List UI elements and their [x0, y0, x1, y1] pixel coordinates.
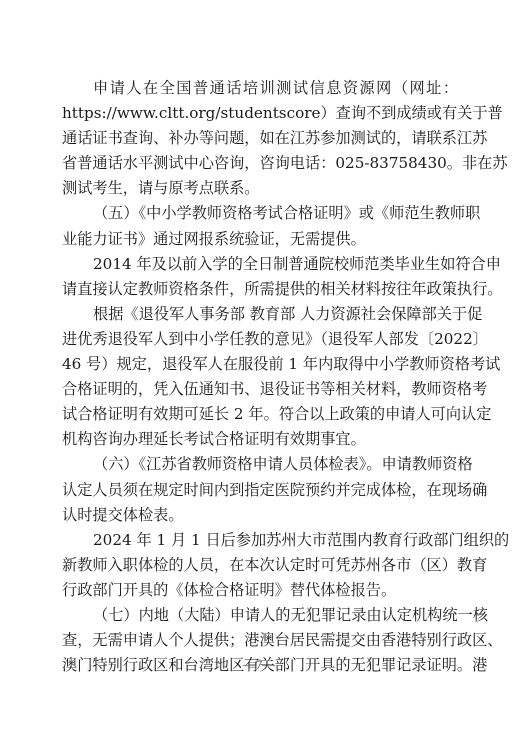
text-line: 2014 年及以前入学的全日制普通院校师范类毕业生如符合申 [62, 252, 458, 277]
paragraph-2014-note: 2014 年及以前入学的全日制普通院校师范类毕业生如符合申 请直接认定教师资格条… [62, 252, 458, 302]
text-line: 2024 年 1 月 1 日后参加苏州大市范围内教育行政部门组织的 [62, 528, 458, 553]
paragraph-item-5: （五）《中小学教师资格考试合格证明》或《师范生教师职 业能力证书》通过网报系统验… [62, 201, 458, 251]
text-line: 46 号）规定，退役军人在服役前 1 年内取得中小学教师资格考试 [62, 352, 458, 377]
paragraph-veterans-note: 根据《退役军人事务部 教育部 人力资源社会保障部关于促 进优秀退役军人到中小学任… [62, 302, 458, 453]
text-line: 合格证明的，凭入伍通知书、退役证书等相关材料，教师资格考 [62, 377, 458, 402]
text-line: 试合格证明有效期可延长 2 年。符合以上政策的申请人可向认定 [62, 402, 458, 427]
text-line-url: https://www.cltt.org/studentscore）查询不到成绩… [62, 101, 458, 126]
document-page: 申请人在全国普通话培训测试信息资源网（网址： https://www.cltt.… [0, 0, 518, 733]
text-line: 请直接认定教师资格条件，所需提供的相关材料按往年政策执行。 [62, 277, 458, 302]
page-number: —7— [0, 657, 518, 673]
text-line: 进优秀退役军人到中小学任教的意见》（退役军人部发〔2022〕 [62, 327, 458, 352]
text-line: （七）内地（大陆）申请人的无犯罪记录由认定机构统一核 [62, 603, 458, 628]
document-body: 申请人在全国普通话培训测试信息资源网（网址： https://www.cltt.… [62, 76, 458, 678]
paragraph-item-6: （六）《江苏省教师资格申请人员体检表》。申请教师资格 认定人员须在规定时间内到指… [62, 452, 458, 527]
paragraph-2024-note: 2024 年 1 月 1 日后参加苏州大市范围内教育行政部门组织的 新教师入职体… [62, 528, 458, 603]
text-line: 新教师入职体检的人员，在本次认定时可凭苏州各市（区）教育 [62, 553, 458, 578]
text-line: 业能力证书》通过网报系统验证，无需提供。 [62, 227, 458, 252]
text-line: 通话证书查询、补办等问题，如在江苏参加测试的，请联系江苏 [62, 126, 458, 151]
text-line-phone: 省普通话水平测试中心咨询，咨询电话：025-83758430。非在苏 [62, 151, 458, 176]
text-line: 行政部门开具的《体检合格证明》替代体检报告。 [62, 578, 458, 603]
text-line: （六）《江苏省教师资格申请人员体检表》。申请教师资格 [62, 452, 458, 477]
text-line: 查，无需申请人个人提供；港澳台居民需提交由香港特别行政区、 [62, 628, 458, 653]
text-line: 测试考生，请与原考点联系。 [62, 176, 458, 201]
paragraph-putonghua-note: 申请人在全国普通话培训测试信息资源网（网址： https://www.cltt.… [62, 76, 458, 201]
text-line: 机构咨询办理延长考试合格证明有效期事宜。 [62, 427, 458, 452]
text-line: 认定人员须在规定时间内到指定医院预约并完成体检，在现场确 [62, 478, 458, 503]
text-line: 认时提交体检表。 [62, 503, 458, 528]
text-line: （五）《中小学教师资格考试合格证明》或《师范生教师职 [62, 201, 458, 226]
text-line: 根据《退役军人事务部 教育部 人力资源社会保障部关于促 [62, 302, 458, 327]
text-line: 申请人在全国普通话培训测试信息资源网（网址： [62, 76, 458, 101]
